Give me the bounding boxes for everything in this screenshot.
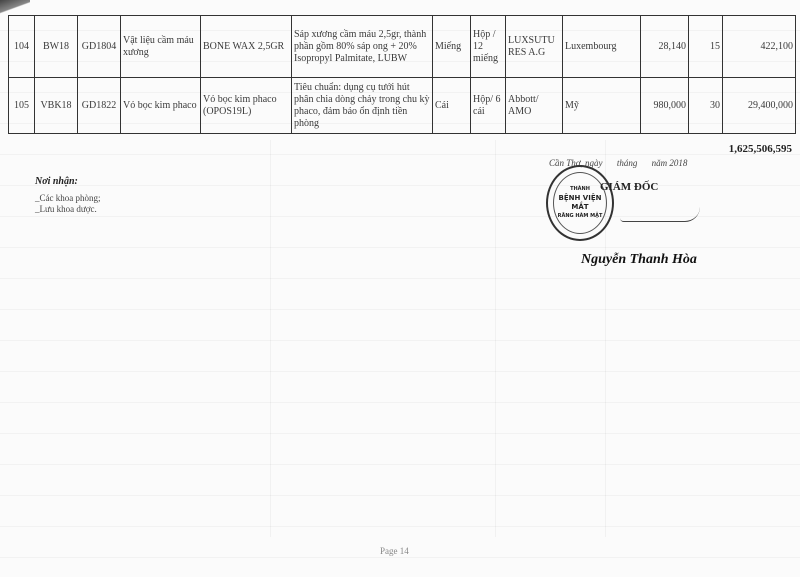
cell-product: BONE WAX 2,5GR [201,16,292,78]
handwritten-signature-icon [620,207,700,222]
stamp-line: THÀNH [570,185,590,194]
cell-quantity: 15 [689,16,723,78]
cell-country: Mỹ [563,78,641,134]
bleed-line [270,140,271,537]
cell-bid-code: GD1822 [78,78,121,134]
cell-spec: Tiêu chuẩn: dụng cụ tưới hút phân chia d… [292,78,433,134]
cell-amount: 29,400,000 [723,78,796,134]
cell-amount: 422,100 [723,16,796,78]
cell-stt: 104 [9,16,35,78]
cell-bid-code: GD1804 [78,16,121,78]
cell-spec: Sáp xương cầm máu 2,5gr, thành phần gồm … [292,16,433,78]
recipients-title: Nơi nhận: [35,176,101,187]
page-number: Page 14 [380,546,409,556]
date-year: năm 2018 [652,158,688,168]
table-row: 105 VBK18 GD1822 Vỏ bọc kim phaco Vỏ bọc… [9,78,796,134]
cell-manufacturer: LUXSUTU RES A.G [506,16,563,78]
signer-name: Nguyễn Thanh Hòa [581,252,697,268]
cell-unit: Cái [433,78,471,134]
items-table: 104 BW18 GD1804 Vật liệu cầm máu xương B… [8,15,796,134]
director-title: GIÁM ĐỐC [600,181,658,193]
cell-quantity: 30 [689,78,723,134]
stamp-line: RĂNG HÀM MẶT [558,212,603,221]
cell-country: Luxembourg [563,16,641,78]
cell-name: Vỏ bọc kim phaco [121,78,201,134]
cell-package: Hộp/ 6 cái [471,78,506,134]
hospital-stamp-icon: THÀNH BỆNH VIỆN MẮT RĂNG HÀM MẶT [546,165,614,241]
grand-total: 1,625,506,595 [729,143,792,155]
table-row: 104 BW18 GD1804 Vật liệu cầm máu xương B… [9,16,796,78]
scan-corner-fold [0,0,30,14]
recipient-item: _Lưu khoa dược. [35,204,101,215]
cell-product: Vỏ bọc kim phaco (OPOS19L) [201,78,292,134]
cell-code: VBK18 [35,78,78,134]
cell-stt: 105 [9,78,35,134]
stamp-line: MẮT [571,203,588,212]
stamp-line: BỆNH VIỆN [559,194,602,203]
cell-name: Vật liệu cầm máu xương [121,16,201,78]
cell-price: 980,000 [641,78,689,134]
cell-price: 28,140 [641,16,689,78]
cell-manufacturer: Abbott/ AMO [506,78,563,134]
cell-package: Hộp / 12 miếng [471,16,506,78]
date-month: tháng [617,158,638,168]
cell-code: BW18 [35,16,78,78]
recipient-item: _Các khoa phòng; [35,193,101,204]
bleed-line [495,140,496,537]
cell-unit: Miếng [433,16,471,78]
recipients-block: Nơi nhận: _Các khoa phòng; _Lưu khoa dượ… [35,176,101,215]
